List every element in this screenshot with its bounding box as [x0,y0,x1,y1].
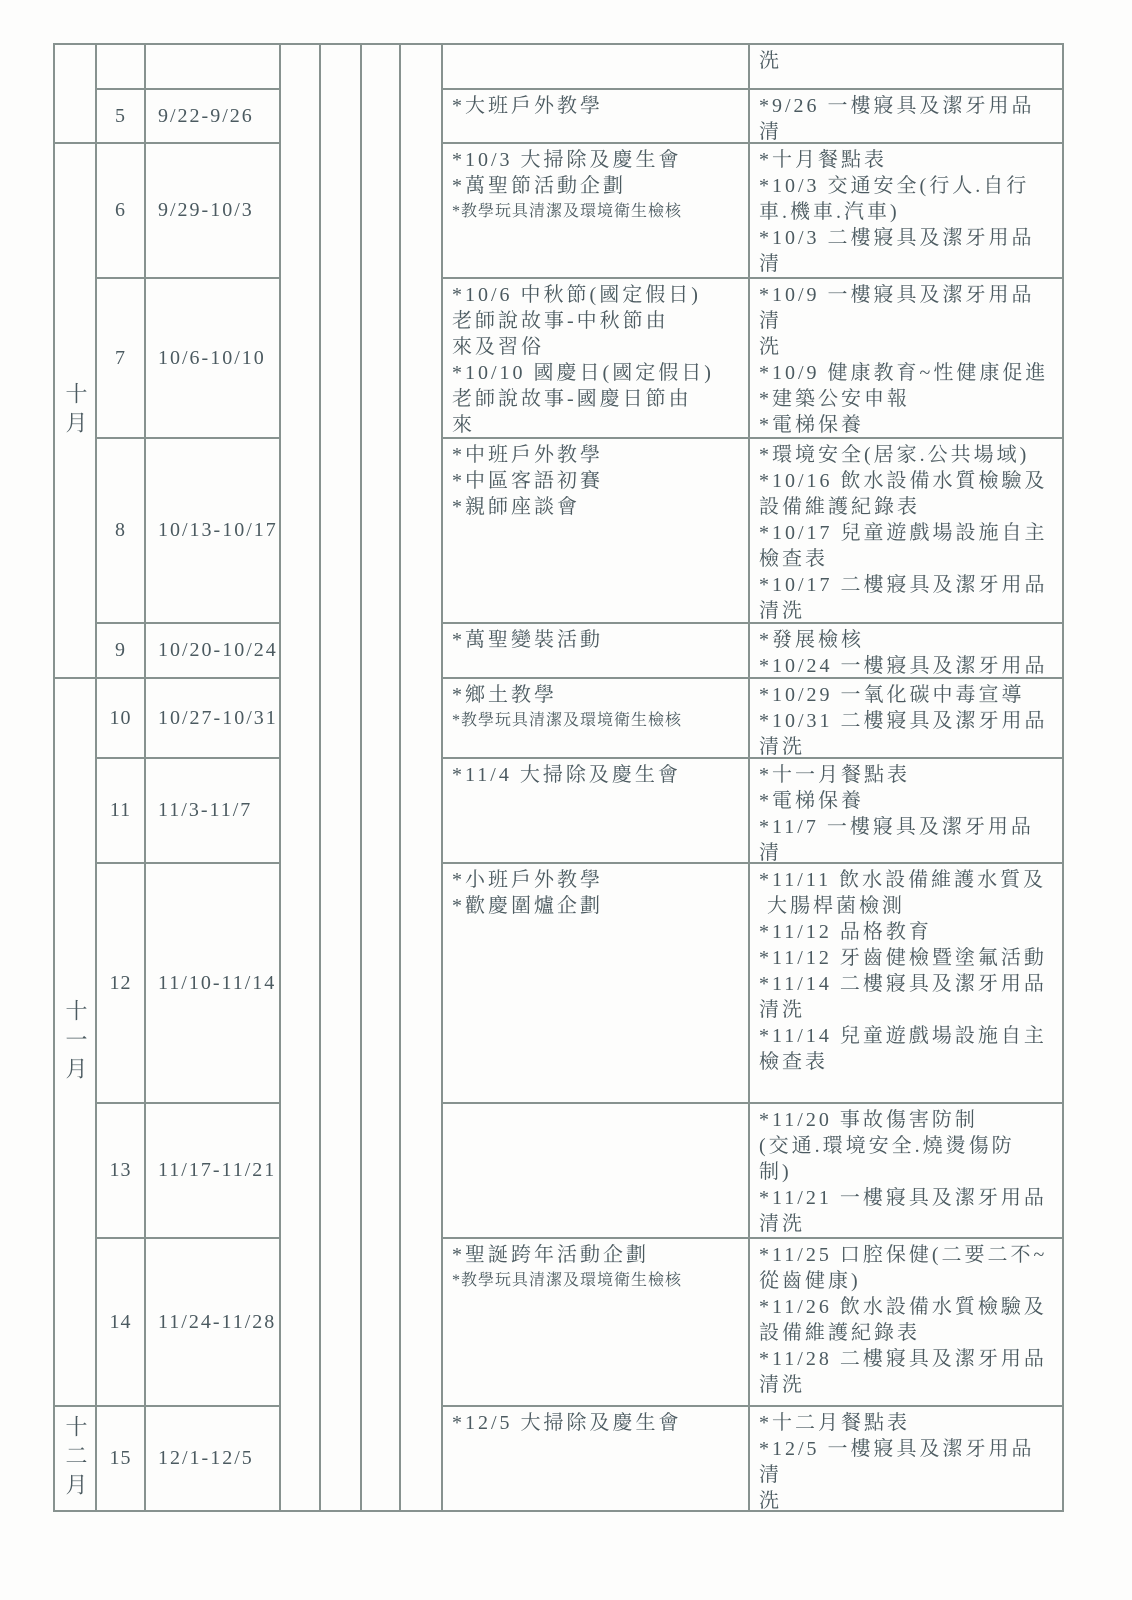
activities-text: *聖誕跨年活動企劃 [452,1242,742,1268]
activities-text-small: *教學玩具清潔及環境衛生檢核 [452,708,742,734]
activities-cell: *10/6 中秋節(國定假日) 老師說故事-中秋節由 來及習俗 *10/10 國… [443,279,750,439]
week-dates-cell: 11/3-11/7 [146,759,281,864]
notes-text: *10/29 一氧化碳中毒宣導 *10/31 二樓寢具及潔牙用品 清洗 [759,682,1056,759]
activities-cell: *10/3 大掃除及慶生會 *萬聖節活動企劃*教學玩具清潔及環境衛生檢核 [443,144,750,279]
notes-text: *10/9 一樓寢具及潔牙用品清 洗 *10/9 健康教育~性健康促進 *建築公… [759,282,1056,438]
notes-text: *9/26 一樓寢具及潔牙用品清 洗 [759,93,1056,144]
week-dates-cell: 12/1-12/5 [146,1407,281,1510]
notes-cell: *10/29 一氧化碳中毒宣導 *10/31 二樓寢具及潔牙用品 清洗 [750,679,1062,759]
empty-column [401,45,443,1510]
notes-text: *環境安全(居家.公共場域) *10/16 飲水設備水質檢驗及 設備維護紀錄表 … [759,442,1056,624]
month-label: 十一月 [64,999,86,1086]
notes-cell: *9/26 一樓寢具及潔牙用品清 洗 [750,90,1062,144]
week-dates-cell: 10/6-10/10 [146,279,281,439]
activities-cell [443,45,750,90]
activities-text: *大班戶外教學 [452,93,742,119]
week-number-cell [97,45,146,90]
notes-cell: *發展檢核 *10/24 一樓寢具及潔牙用品 [750,624,1062,679]
week-number-cell: 8 [97,439,146,624]
week-number-cell: 5 [97,90,146,144]
notes-text: *發展檢核 *10/24 一樓寢具及潔牙用品 [759,627,1056,679]
notes-cell: *11/11 飲水設備維護水質及 大腸桿菌檢測 *11/12 品格教育 *11/… [750,864,1062,1104]
activities-text: *小班戶外教學 *歡慶圍爐企劃 [452,867,742,919]
notes-cell: *11/20 事故傷害防制 (交通.環境安全.燒燙傷防 制) *11/21 一樓… [750,1104,1062,1239]
activities-cell [443,1104,750,1239]
week-number-cell: 14 [97,1239,146,1407]
notes-cell: *環境安全(居家.公共場域) *10/16 飲水設備水質檢驗及 設備維護紀錄表 … [750,439,1062,624]
week-dates-cell: 10/20-10/24 [146,624,281,679]
month-cell [55,45,97,144]
activities-cell: *萬聖變裝活動 [443,624,750,679]
activities-text: *鄉土教學 [452,682,742,708]
activities-text-small: *教學玩具清潔及環境衛生檢核 [452,1268,742,1294]
activities-text: *12/5 大掃除及慶生會 [452,1410,742,1436]
month-cell: 十月 [55,144,97,679]
week-number-cell: 10 [97,679,146,759]
notes-text: *11/11 飲水設備維護水質及 大腸桿菌檢測 *11/12 品格教育 *11/… [759,867,1056,1075]
notes-cell: *11/25 口腔保健(二要二不~ 從齒健康) *11/26 飲水設備水質檢驗及… [750,1239,1062,1407]
week-dates-cell: 11/24-11/28 [146,1239,281,1407]
notes-cell: *十一月餐點表 *電梯保養 *11/7 一樓寢具及潔牙用品清 洗 [750,759,1062,864]
month-cell: 十一月 [55,679,97,1407]
week-dates-cell: 11/10-11/14 [146,864,281,1104]
activities-text: *中班戶外教學 *中區客語初賽 *親師座談會 [452,442,742,520]
week-number-cell: 6 [97,144,146,279]
activities-text: *萬聖變裝活動 [452,627,742,653]
week-dates-cell: 10/13-10/17 [146,439,281,624]
week-number-cell: 13 [97,1104,146,1239]
week-number-cell: 15 [97,1407,146,1510]
scanned-schedule-page: 十月十一月十二月洗59/22-9/26*大班戶外教學*9/26 一樓寢具及潔牙用… [0,0,1132,1600]
week-number-cell: 12 [97,864,146,1104]
schedule-table: 十月十一月十二月洗59/22-9/26*大班戶外教學*9/26 一樓寢具及潔牙用… [53,43,1064,1512]
week-dates-cell: 9/29-10/3 [146,144,281,279]
notes-text: *11/25 口腔保健(二要二不~ 從齒健康) *11/26 飲水設備水質檢驗及… [759,1242,1056,1398]
notes-cell: *十二月餐點表 *12/5 一樓寢具及潔牙用品清 洗 *電梯保養 [750,1407,1062,1510]
activities-cell: *中班戶外教學 *中區客語初賽 *親師座談會 [443,439,750,624]
month-label: 十二月 [64,1415,86,1502]
notes-cell: *十月餐點表 *10/3 交通安全(行人.自行 車.機車.汽車) *10/3 二… [750,144,1062,279]
activities-cell: *大班戶外教學 [443,90,750,144]
week-number-cell: 11 [97,759,146,864]
activities-text-small: *教學玩具清潔及環境衛生檢核 [452,199,742,225]
week-dates-cell: 10/27-10/31 [146,679,281,759]
month-label: 十月 [64,382,86,440]
activities-text: *11/4 大掃除及慶生會 [452,762,742,788]
activities-cell: *聖誕跨年活動企劃*教學玩具清潔及環境衛生檢核 [443,1239,750,1407]
empty-column [362,45,401,1510]
activities-text: *10/6 中秋節(國定假日) 老師說故事-中秋節由 來及習俗 *10/10 國… [452,282,742,438]
week-dates-cell [146,45,281,90]
notes-text: *十一月餐點表 *電梯保養 *11/7 一樓寢具及潔牙用品清 洗 [759,762,1056,864]
month-cell: 十二月 [55,1407,97,1510]
week-number-cell: 7 [97,279,146,439]
notes-cell: *10/9 一樓寢具及潔牙用品清 洗 *10/9 健康教育~性健康促進 *建築公… [750,279,1062,439]
week-dates-cell: 11/17-11/21 [146,1104,281,1239]
week-number-cell: 9 [97,624,146,679]
notes-text: *十二月餐點表 *12/5 一樓寢具及潔牙用品清 洗 *電梯保養 [759,1410,1056,1510]
notes-text: *十月餐點表 *10/3 交通安全(行人.自行 車.機車.汽車) *10/3 二… [759,147,1056,279]
activities-cell: *12/5 大掃除及慶生會 [443,1407,750,1510]
activities-cell: *11/4 大掃除及慶生會 [443,759,750,864]
notes-text: 洗 [759,48,1056,74]
notes-cell: 洗 [750,45,1062,90]
activities-cell: *小班戶外教學 *歡慶圍爐企劃 [443,864,750,1104]
empty-column [321,45,362,1510]
empty-column [281,45,321,1510]
activities-cell: *鄉土教學*教學玩具清潔及環境衛生檢核 [443,679,750,759]
week-dates-cell: 9/22-9/26 [146,90,281,144]
activities-text: *10/3 大掃除及慶生會 *萬聖節活動企劃 [452,147,742,199]
notes-text: *11/20 事故傷害防制 (交通.環境安全.燒燙傷防 制) *11/21 一樓… [759,1107,1056,1237]
